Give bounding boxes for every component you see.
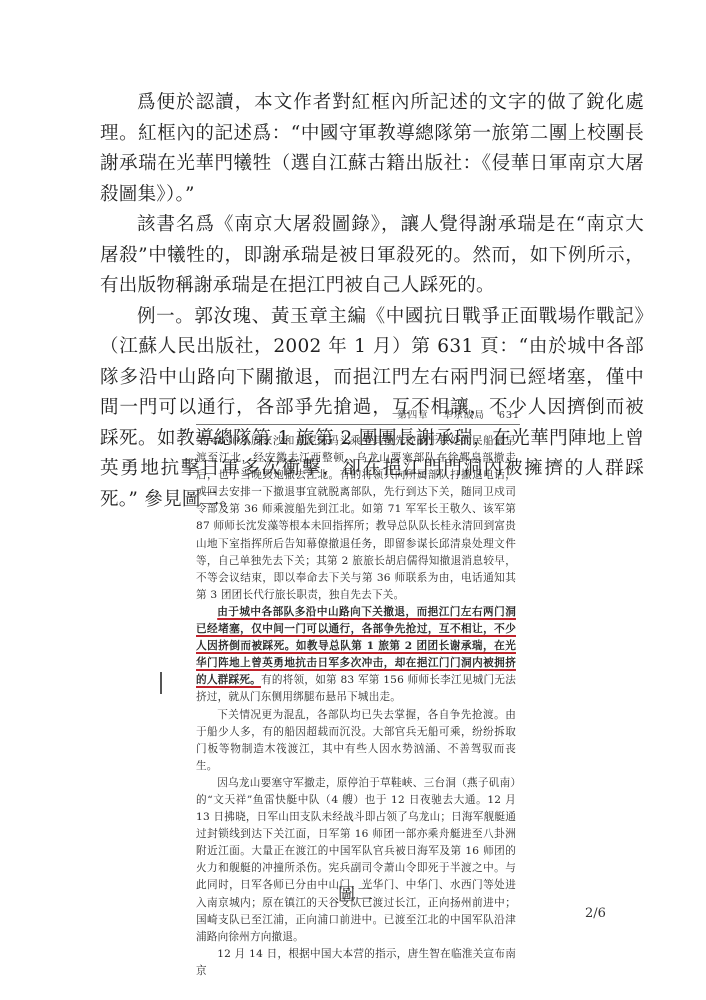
scanned-book-page: 第四章 华东战局 631 第 48 师从周家沙和黄泥荡码头乘坐其预先控制于该处的… — [190, 407, 526, 867]
scan-paragraph-3: 下关情况更为混乱，各部队均已失去掌握，各自争先抢渡。由于船少人多，有的船因超载而… — [196, 707, 516, 775]
scan-page-number: 631 — [499, 410, 520, 421]
scan-paragraph-5: 12 月 14 日，根据中国大本营的指示，唐生智在临淮关宣布南京 — [196, 946, 516, 980]
scan-paragraph-1: 第 48 师从周家沙和黄泥荡码头乘坐其预先控制于该处的民船最早渡至江北，经安徽去… — [196, 433, 516, 604]
scan-running-header: 第四章 华东战局 631 — [387, 407, 520, 421]
scan-header-rule — [196, 424, 520, 425]
scan-paragraph-4: 因乌龙山要塞守军撤走，原停泊于草鞋峡、三台洞（燕子矶南）的“文天祥”鱼雷快艇中队… — [196, 775, 516, 946]
paragraph-sharpening-note: 爲便於認讀，本文作者對紅框內所記述的文字的做了銳化處理。紅框內的記述爲：“中國守… — [100, 88, 644, 210]
document-page: 爲便於認讀，本文作者對紅框內所記述的文字的做了銳化處理。紅框內的記述爲：“中國守… — [0, 0, 706, 1000]
figure-caption: 圖二 — [338, 880, 374, 905]
margin-mark — [160, 672, 162, 694]
scan-paragraph-2: 由于城中各部队多沿中山路向下关撤退，而挹江门左右两门洞已经堵塞，仅中间一门可以通… — [196, 604, 516, 707]
page-number: 2/6 — [585, 906, 606, 921]
paragraph-book-title-comment: 該書名爲《南京大屠殺圖錄》，讓人覺得謝承瑞是在“南京大屠殺”中犧牲的，即謝承瑞是… — [100, 210, 644, 302]
scan-chapter-title: 华东战局 — [443, 410, 485, 421]
scan-chapter: 第四章 — [397, 410, 429, 421]
